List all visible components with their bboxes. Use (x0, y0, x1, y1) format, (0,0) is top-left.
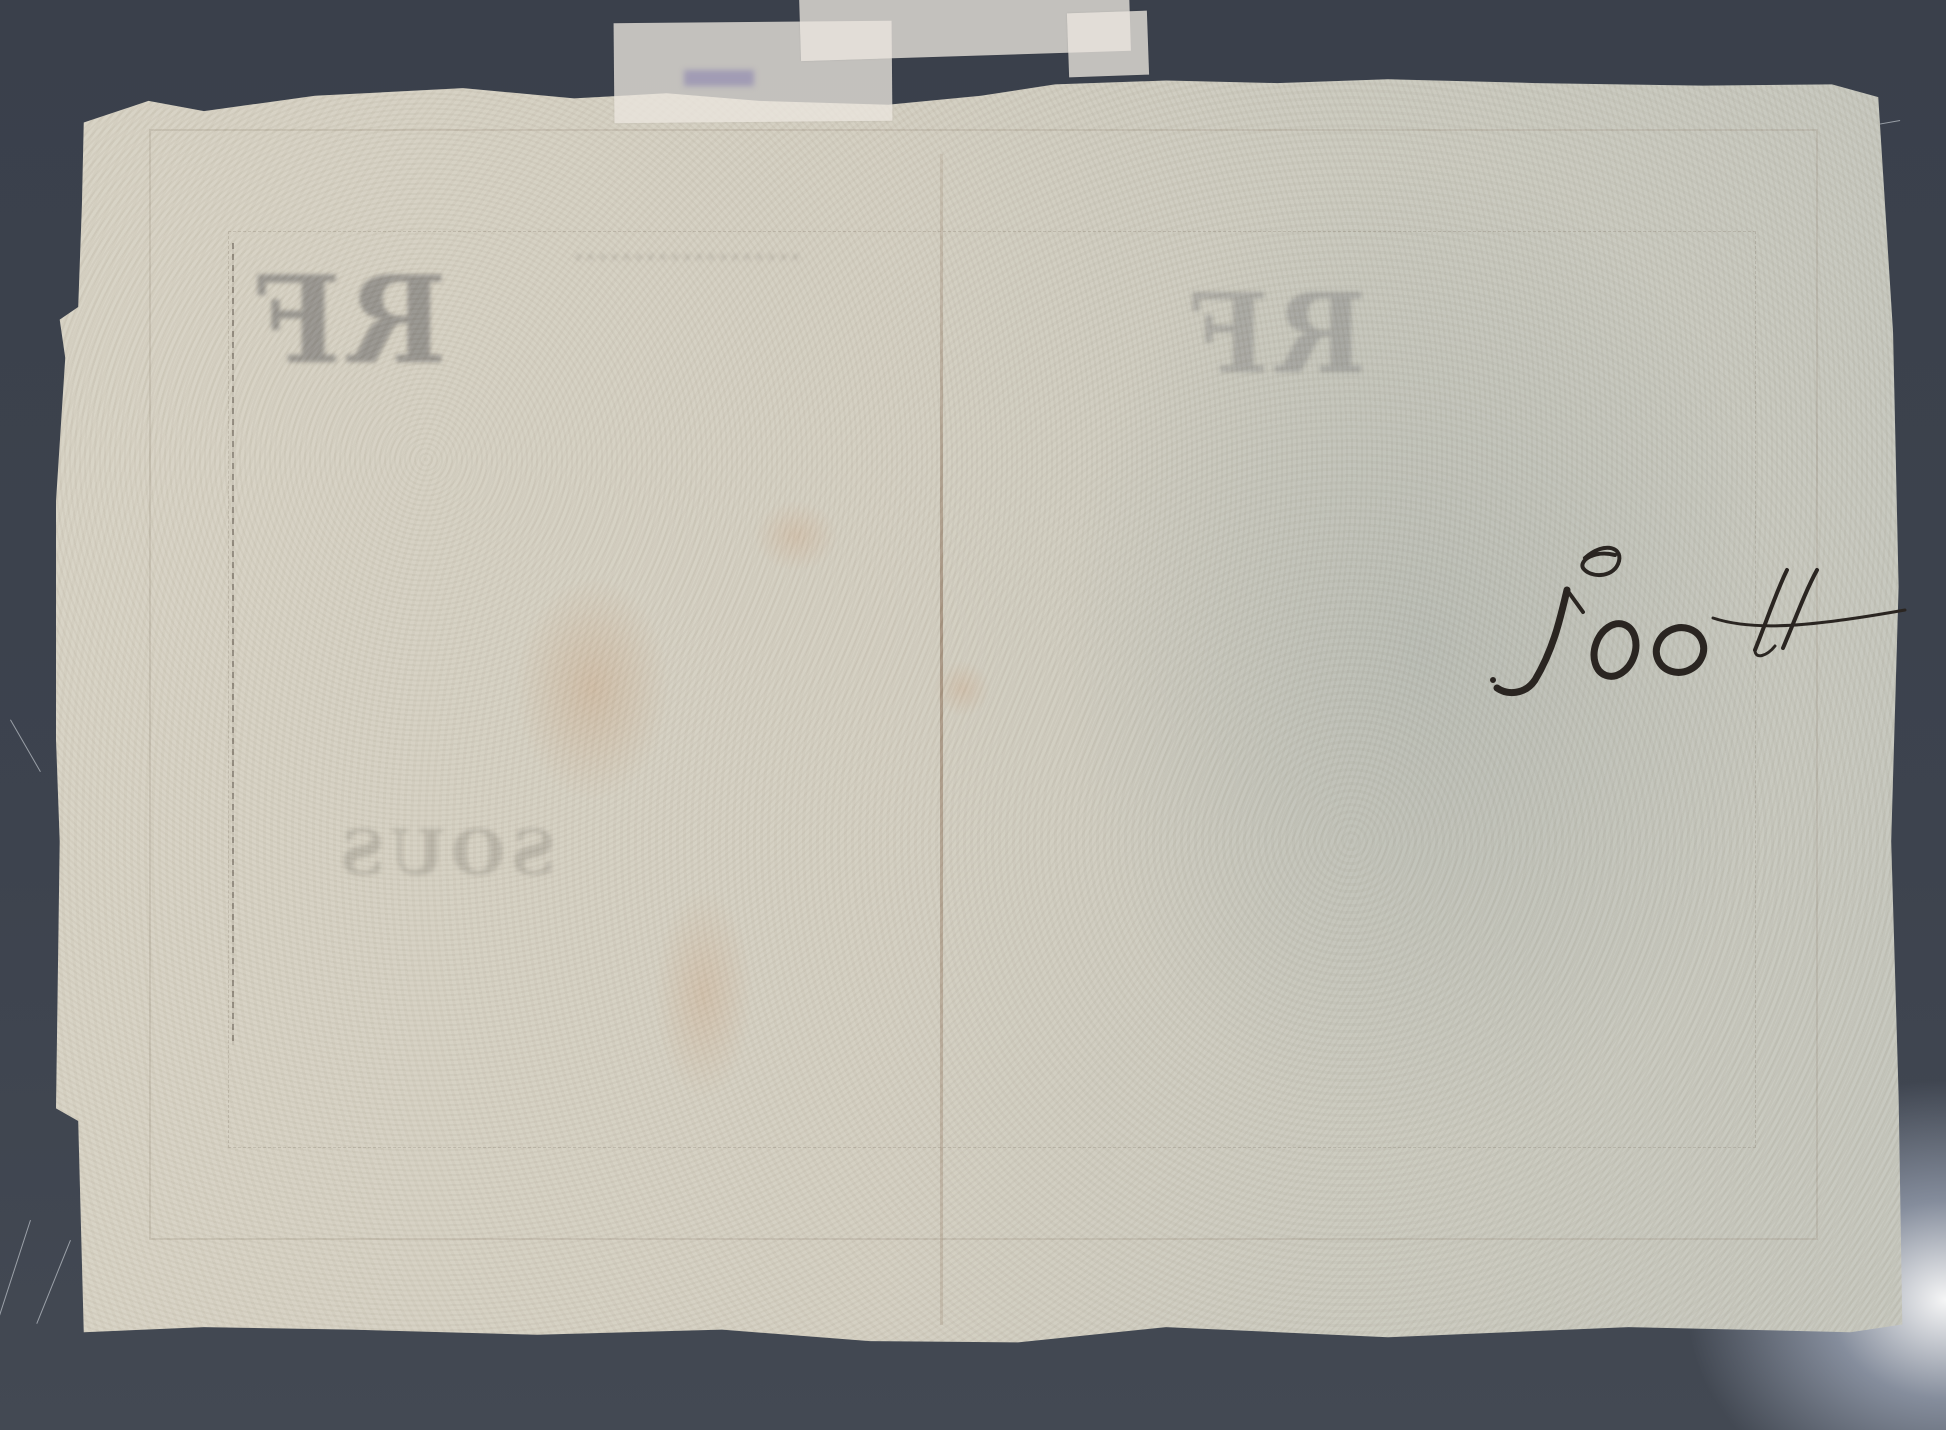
repair-tape-right (1067, 11, 1149, 78)
dotted-left-margin-line (232, 243, 234, 1044)
handwritten-amount: 500# (1455, 530, 1935, 710)
purple-ink-mark (684, 70, 754, 86)
mirrored-rf-print-right: RF (1185, 269, 1367, 398)
faint-bleedthrough-header: ··················· (574, 243, 803, 273)
handwritten-500-livres-glyphs (1455, 530, 1935, 710)
mirrored-rf-print-left: RF (250, 250, 447, 391)
center-fold-crease (940, 154, 943, 1324)
mirrored-bottom-print: SOUS (334, 816, 556, 889)
banknote-paper: ··················· RF RF SOUS (56, 78, 1906, 1350)
